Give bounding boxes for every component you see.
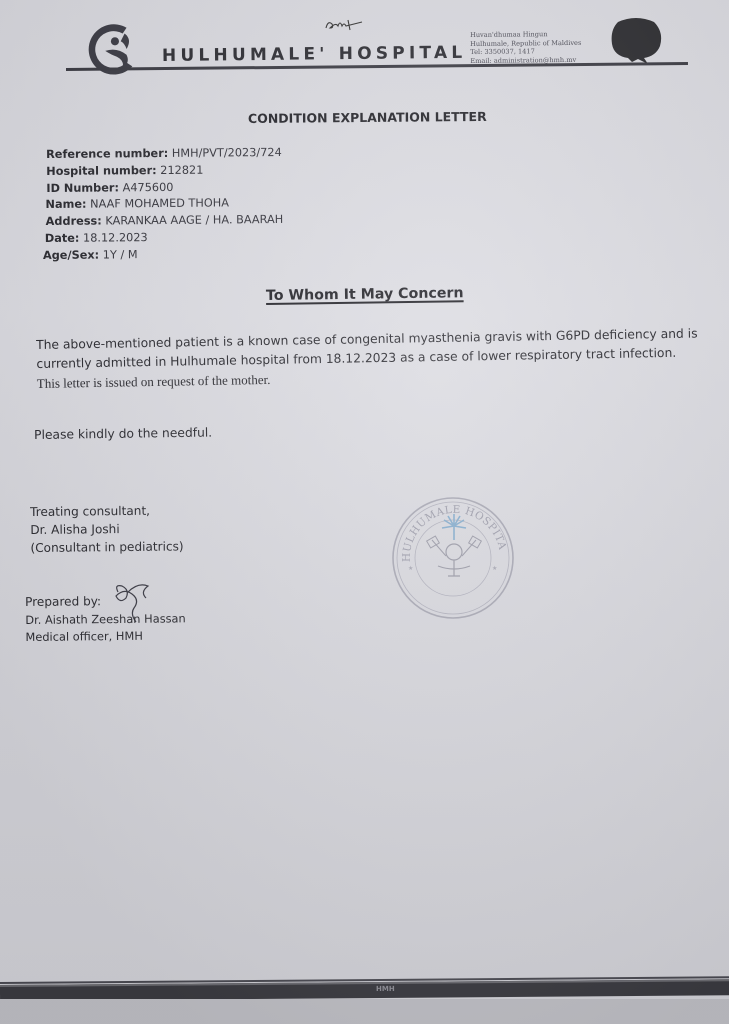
redacted-logo-icon <box>608 16 664 66</box>
handwritten-initials-icon <box>322 16 368 34</box>
field-age-sex: Age/Sex: 1Y / M <box>43 246 284 265</box>
footer-bar: HMH <box>0 979 729 1001</box>
svg-text:★: ★ <box>492 565 497 572</box>
preparer-name: Dr. Aishath Zeeshan Hassan <box>25 610 186 629</box>
consultant-heading: Treating consultant, <box>30 501 183 521</box>
consultant-name: Dr. Alisha Joshi <box>30 519 183 539</box>
field-address: Address: KARANKAA AAGE / HA. BAARAH <box>46 212 284 231</box>
field-hospital-number: Hospital number: 212821 <box>46 162 283 181</box>
field-reference-number: Reference number: HMH/PVT/2023/724 <box>46 145 283 164</box>
document-title: CONDITION EXPLANATION LETTER <box>248 109 487 126</box>
field-name: Name: NAAF MOHAMED THOHA <box>45 195 283 214</box>
footer-label: HMH <box>376 985 395 993</box>
letter-page: HULHUMALE' HOSPITAL Huvan'dhumaa Hingun … <box>0 0 729 1024</box>
hospital-contact-block: Huvan'dhumaa Hingun Hulhumale, Republic … <box>470 30 582 66</box>
closing-line: Please kindly do the needful. <box>34 426 212 442</box>
salutation-heading: To Whom It May Concern <box>266 285 464 304</box>
maldives-emblem-icon <box>427 514 482 576</box>
field-id-number: ID Number: A475600 <box>46 179 283 198</box>
preparer-signature-block: Prepared by: Dr. Aishath Zeeshan Hassan … <box>25 592 186 646</box>
page-bottom-edge <box>0 999 729 1024</box>
patient-info-block: Reference number: HMH/PVT/2023/724 Hospi… <box>46 145 284 265</box>
preparer-role: Medical officer, HMH <box>25 627 186 646</box>
preparer-heading: Prepared by: <box>25 592 186 611</box>
hospital-stamp: HULHUMALE HOSPITAL ★ ★ <box>388 496 518 620</box>
letter-body: The above-mentioned patient is a known c… <box>36 324 729 393</box>
hospital-name: HULHUMALE' HOSPITAL <box>162 43 467 66</box>
field-date: Date: 18.12.2023 <box>45 229 284 248</box>
consultant-signature-block: Treating consultant, Dr. Alisha Joshi (C… <box>30 501 184 557</box>
consultant-role: (Consultant in pediatrics) <box>30 537 183 557</box>
svg-text:★: ★ <box>408 565 413 572</box>
